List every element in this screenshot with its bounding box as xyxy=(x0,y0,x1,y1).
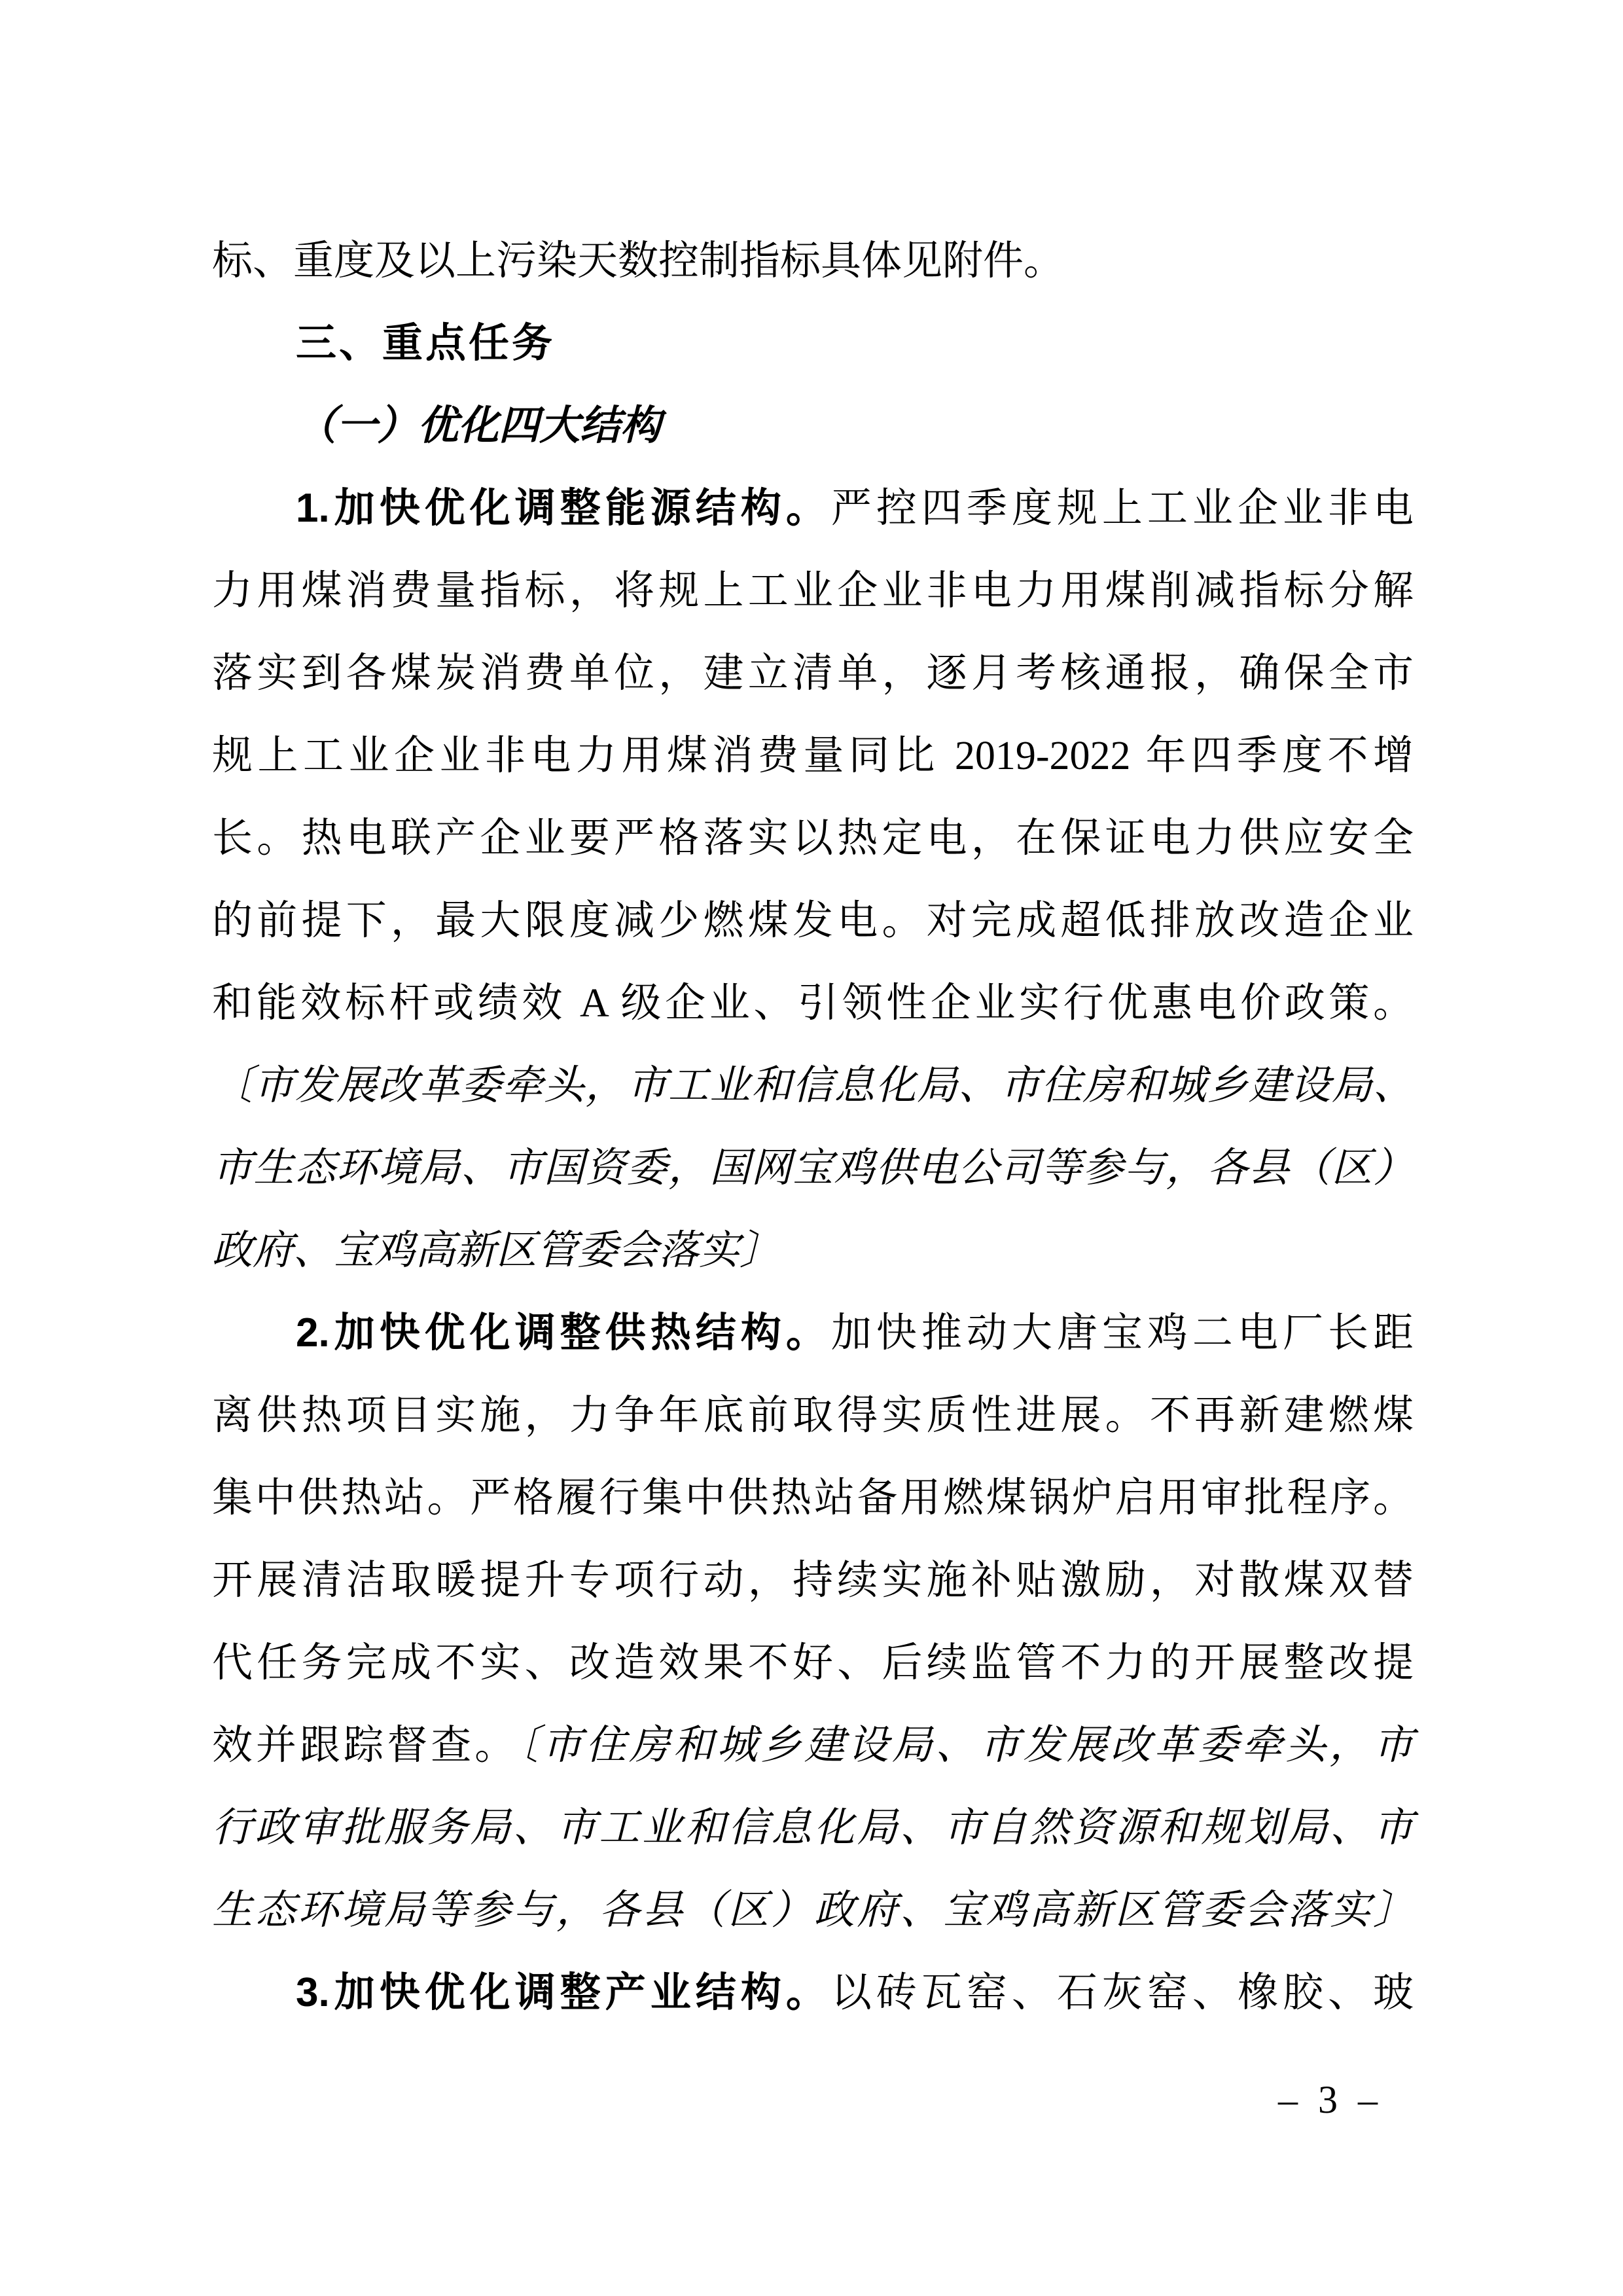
text-run-body: 和能效标杆或绩效 A 级企业、引领性企业实行优惠电价政策。 xyxy=(212,981,1414,1026)
text-run-kaiti: 〔市住房和城乡建设局、市发展改革委牵头，市 xyxy=(518,1723,1414,1768)
text-line: 〔市发展改革委牵头，市工业和信息化局、市住房和城乡建设局、 xyxy=(212,1045,1414,1127)
text-line: 2.加快优化调整供热结构。加快推动大唐宝鸡二电厂长距 xyxy=(212,1292,1414,1374)
text-line: （一）优化四大结构 xyxy=(212,385,1414,467)
document-body: 标、重度及以上污染天数控制指标具体见附件。三、重点任务（一）优化四大结构1.加快… xyxy=(212,220,1414,2034)
text-run-kaiti: 〔市发展改革委牵头，市工业和信息化局、市住房和城乡建设局、 xyxy=(212,1064,1414,1108)
text-run-kaiti: 生态环境局等参与，各县（区）政府、宝鸡高新区管委会落实〕 xyxy=(212,1888,1414,1933)
text-run-kaiti: 市生态环境局、市国资委，国网宝鸡供电公司等参与，各县（区） xyxy=(212,1146,1414,1191)
text-line: 生态环境局等参与，各县（区）政府、宝鸡高新区管委会落实〕 xyxy=(212,1869,1414,1952)
text-line: 标、重度及以上污染天数控制指标具体见附件。 xyxy=(212,220,1414,302)
text-run-heading: 三、重点任务 xyxy=(296,321,555,366)
text-run-lead: 3.加快优化调整产业结构。 xyxy=(296,1970,831,2015)
text-run-body: 落实到各煤炭消费单位，建立清单，逐月考核通报，确保全市 xyxy=(212,651,1414,696)
text-run-body: 集中供热站。严格履行集中供热站备用燃煤锅炉启用审批程序。 xyxy=(212,1476,1414,1520)
text-line: 政府、宝鸡高新区管委会落实〕 xyxy=(212,1210,1414,1292)
text-line: 1.加快优化调整能源结构。严控四季度规上工业企业非电 xyxy=(212,467,1414,550)
text-line: 效并跟踪督查。〔市住房和城乡建设局、市发展改革委牵头，市 xyxy=(212,1704,1414,1787)
text-line: 开展清洁取暖提升专项行动，持续实施补贴激励，对散煤双替 xyxy=(212,1539,1414,1622)
text-line: 的前提下，最大限度减少燃煤发电。对完成超低排放改造企业 xyxy=(212,880,1414,962)
text-line: 长。热电联产企业要严格落实以热定电，在保证电力供应安全 xyxy=(212,797,1414,880)
text-line: 集中供热站。严格履行集中供热站备用燃煤锅炉启用审批程序。 xyxy=(212,1457,1414,1539)
text-run-kaiti: 政府、宝鸡高新区管委会落实〕 xyxy=(212,1229,780,1273)
text-run-body: 标、重度及以上污染天数控制指标具体见附件。 xyxy=(212,239,1064,283)
document-page: 标、重度及以上污染天数控制指标具体见附件。三、重点任务（一）优化四大结构1.加快… xyxy=(0,0,1623,2296)
text-line: 力用煤消费量指标，将规上工业企业非电力用煤削减指标分解 xyxy=(212,550,1414,632)
text-line: 行政审批服务局、市工业和信息化局、市自然资源和规划局、市 xyxy=(212,1787,1414,1869)
text-run-body: 加快推动大唐宝鸡二电厂长距 xyxy=(831,1311,1414,1355)
text-run-kaiti: 行政审批服务局、市工业和信息化局、市自然资源和规划局、市 xyxy=(212,1806,1414,1850)
text-run-lead: 1.加快优化调整能源结构。 xyxy=(296,486,831,531)
text-run-body: 离供热项目实施，力争年底前取得实质性进展。不再新建燃煤 xyxy=(212,1393,1414,1438)
text-run-body: 开展清洁取暖提升专项行动，持续实施补贴激励，对散煤双替 xyxy=(212,1558,1414,1603)
text-line: 3.加快优化调整产业结构。以砖瓦窑、石灰窑、橡胶、玻 xyxy=(212,1952,1414,2034)
text-run-body: 的前提下，最大限度减少燃煤发电。对完成超低排放改造企业 xyxy=(212,899,1414,943)
text-run-body: 效并跟踪督查。 xyxy=(212,1723,518,1768)
text-line: 离供热项目实施，力争年底前取得实质性进展。不再新建燃煤 xyxy=(212,1374,1414,1457)
text-run-subheading: （一）优化四大结构 xyxy=(296,404,661,448)
text-line: 市生态环境局、市国资委，国网宝鸡供电公司等参与，各县（区） xyxy=(212,1127,1414,1210)
text-run-body: 以砖瓦窑、石灰窑、橡胶、玻 xyxy=(831,1971,1414,2015)
text-line: 落实到各煤炭消费单位，建立清单，逐月考核通报，确保全市 xyxy=(212,632,1414,715)
page-number: – 3 – xyxy=(1278,2073,1378,2126)
text-run-lead: 2.加快优化调整供热结构。 xyxy=(296,1310,831,1355)
text-line: 代任务完成不实、改造效果不好、后续监管不力的开展整改提 xyxy=(212,1622,1414,1704)
text-run-body: 代任务完成不实、改造效果不好、后续监管不力的开展整改提 xyxy=(212,1641,1414,1685)
text-line: 和能效标杆或绩效 A 级企业、引领性企业实行优惠电价政策。 xyxy=(212,962,1414,1045)
text-run-body: 严控四季度规上工业企业非电 xyxy=(831,486,1414,531)
text-run-body: 长。热电联产企业要严格落实以热定电，在保证电力供应安全 xyxy=(212,816,1414,861)
text-line: 规上工业企业非电力用煤消费量同比 2019-2022 年四季度不增 xyxy=(212,715,1414,797)
text-run-body: 规上工业企业非电力用煤消费量同比 2019-2022 年四季度不增 xyxy=(212,734,1414,778)
text-run-body: 力用煤消费量指标，将规上工业企业非电力用煤削减指标分解 xyxy=(212,569,1414,613)
text-line: 三、重点任务 xyxy=(212,302,1414,385)
